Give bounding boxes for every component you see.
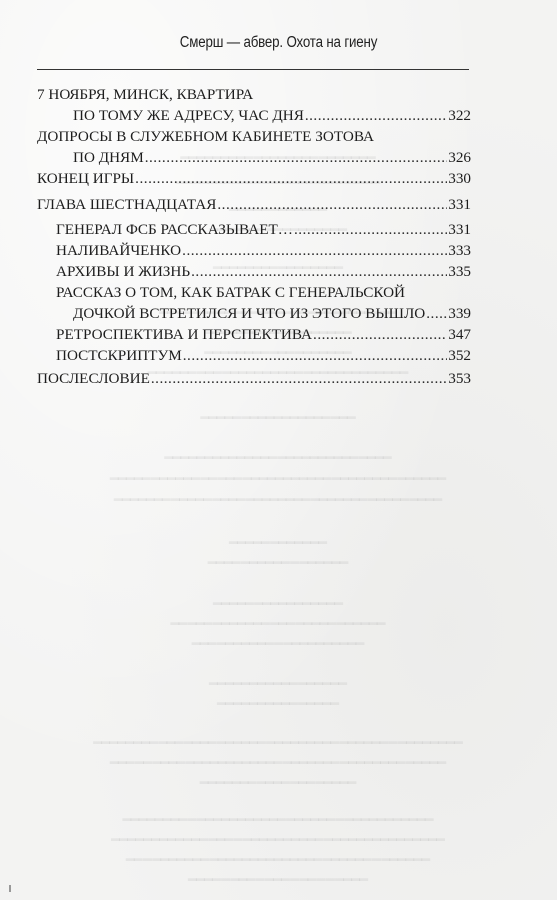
- running-head: Смерш — абвер. Охота на гиену: [39, 34, 518, 52]
- toc-entry-title: РЕТРОСПЕКТИВА И ПЕРСПЕКТИВА: [56, 324, 312, 345]
- dot-leader: [183, 345, 448, 366]
- dot-leader: [135, 168, 447, 189]
- toc-entry-title: ГЕНЕРАЛ ФСБ РАССКАЗЫВАЕТ…: [56, 219, 293, 240]
- toc-page-number: 331: [448, 219, 471, 240]
- toc-page-number: 347: [448, 324, 471, 345]
- toc-page-number: 333: [448, 240, 471, 261]
- toc-page-number: 352: [448, 345, 471, 366]
- dot-leader: [191, 261, 447, 282]
- toc-entry-title: РАССКАЗ О ТОМ, КАК БАТРАК С ГЕНЕРАЛЬСКОЙ: [56, 282, 405, 303]
- toc-page-number: 330: [448, 168, 471, 189]
- toc-entry-title: КОНЕЦ ИГРЫ: [37, 168, 134, 189]
- header-rule: [37, 69, 469, 70]
- dot-leader: [145, 147, 448, 168]
- dot-leader: [426, 303, 447, 324]
- toc-page-number: 353: [448, 368, 471, 389]
- dot-leader: [313, 324, 447, 345]
- toc-page-number: 335: [448, 261, 471, 282]
- toc-entry-title: ДОЧКОЙ ВСТРЕТИЛСЯ И ЧТО ИЗ ЭТОГО ВЫШЛО: [73, 303, 425, 324]
- toc-page-number: 322: [448, 105, 471, 126]
- toc-entry-title: ПОСЛЕСЛОВИЕ: [37, 368, 150, 389]
- toc-entry-title: 7 НОЯБРЯ, МИНСК, КВАРТИРА: [37, 84, 253, 105]
- toc-entry-title: НАЛИВАЙЧЕНКО: [56, 240, 181, 261]
- toc-page-number: 331: [448, 194, 471, 215]
- toc-page-number: 339: [448, 303, 471, 324]
- scan-mark: [9, 885, 11, 892]
- toc-entry-title: ПОСТСКРИПТУМ: [56, 345, 182, 366]
- dot-leader: [294, 219, 447, 240]
- toc-entry-title: ДОПРОСЫ В СЛУЖЕБНОМ КАБИНЕТЕ ЗОТОВА: [37, 126, 374, 147]
- toc-entry-title: ПО ДНЯМ: [73, 147, 144, 168]
- dot-leader: [151, 368, 447, 389]
- dot-leader: [305, 105, 447, 126]
- toc-entry-title: ГЛАВА ШЕСТНАДЦАТАЯ: [37, 194, 216, 215]
- toc-page-number: 326: [448, 147, 471, 168]
- toc-entry-title: ПО ТОМУ ЖЕ АДРЕСУ, ЧАС ДНЯ: [73, 105, 304, 126]
- dot-leader: [217, 194, 447, 215]
- dot-leader: [182, 240, 447, 261]
- toc-entry-title: АРХИВЫ И ЖИЗНЬ: [56, 261, 190, 282]
